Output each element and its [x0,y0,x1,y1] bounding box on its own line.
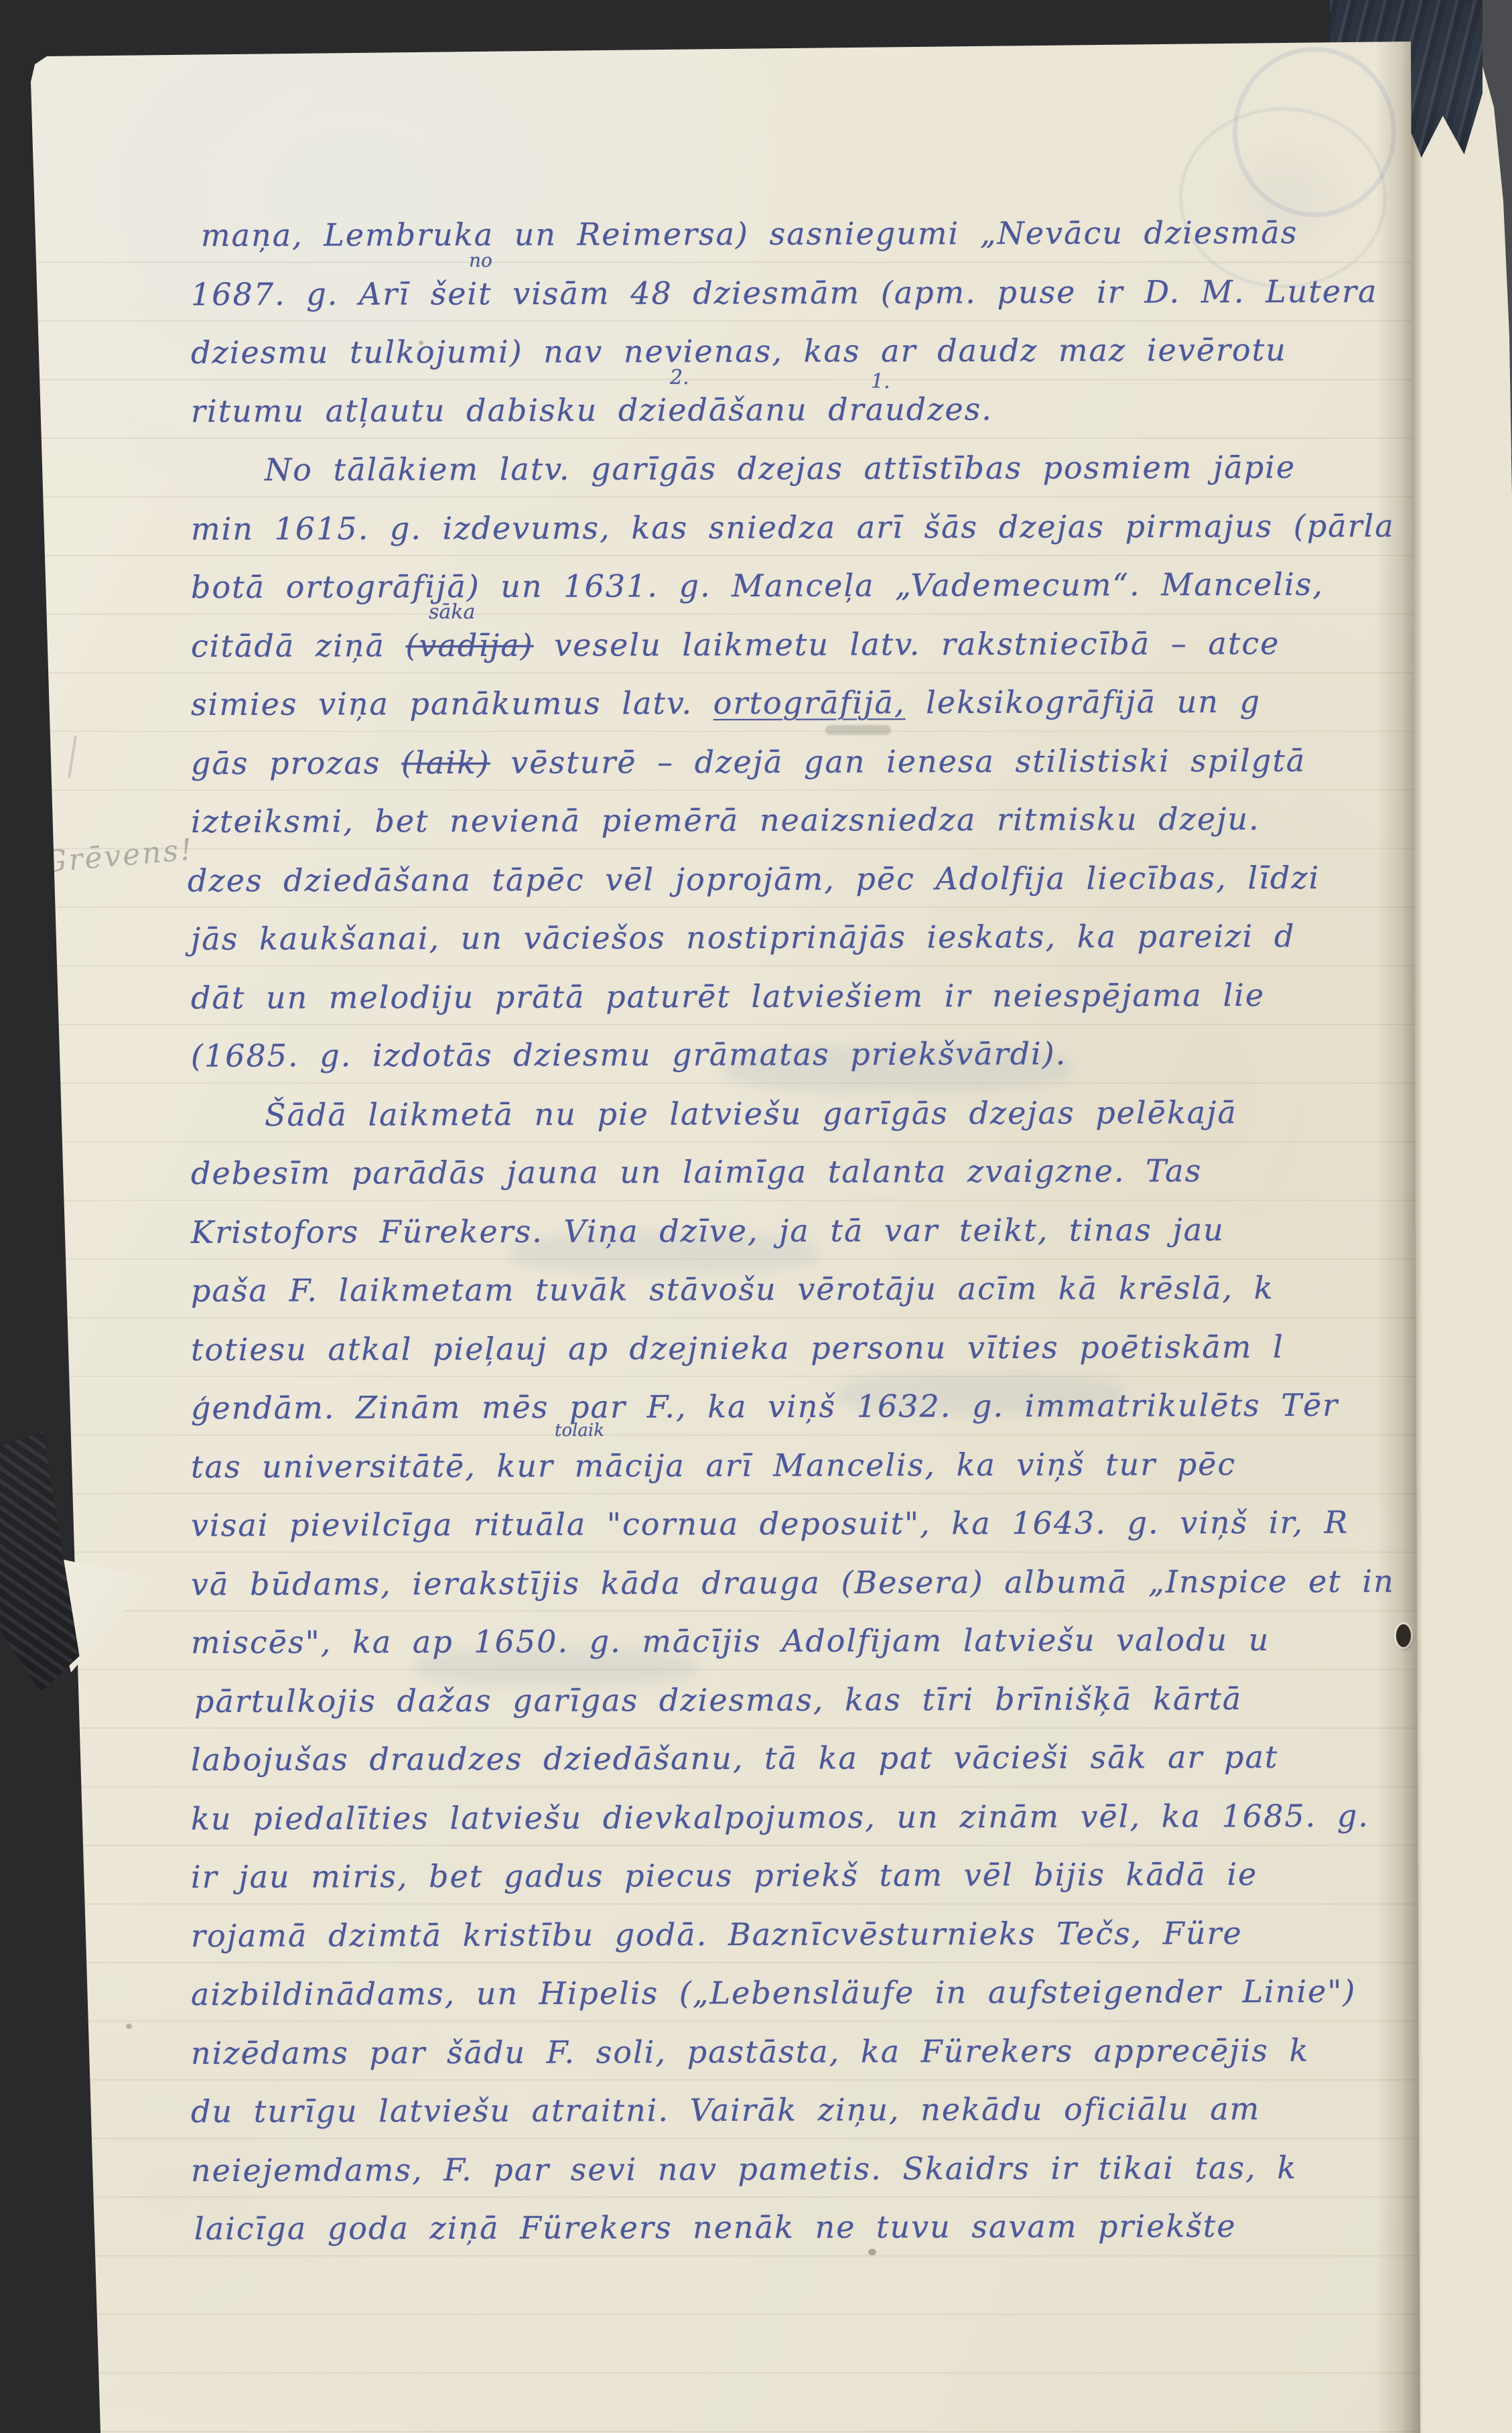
text-line: rojamā dzimtā kristību godā. Baznīcvēstu… [191,1915,1243,1954]
text-line: dzes dziedāšana tāpēc vēl joprojām, pēc … [188,860,1320,899]
text-segment: 1687. g. Arī šeit visām 48 dziesmām (apm… [191,273,1378,313]
text-segment: dziesmu tulkojumi) nav nevienas, kas ar … [191,332,1287,371]
text-segment: paša F. laikmetam tuvāk stāvošu vērotāju… [191,1270,1274,1309]
paper-speck [126,2024,132,2029]
underlined-word: ortogrāfijā, [713,684,906,721]
text-line: Šādā laikmetā nu pie latviešu garīgās dz… [265,1094,1237,1133]
text-line: ritumu atļautu dabisku dziedāšanu draudz… [191,391,993,429]
text-line: (1685. g. izdotās dziesmu grāmatas priek… [191,1035,1067,1073]
text-segment: miscēs", ka ap 1650. g. mācījis Adolfija… [191,1622,1269,1660]
text-line: Kristofors Fürekers. Viņa dzīve, ja tā v… [191,1211,1225,1250]
text-line: miscēs", ka ap 1650. g. mācījis Adolfija… [191,1622,1269,1660]
underlying-page-edge [1405,27,1512,2433]
text-segment: citādā ziņā [191,627,406,664]
text-segment: visai pievilcīga rituāla "cornua deposui… [191,1504,1349,1544]
text-segment: debesīm parādās jauna un laimīga talanta… [191,1153,1202,1191]
interlinear-annotation: no [469,249,492,271]
text-segment: jās kaukšanai, un vāciešos nostiprinājās… [191,918,1296,957]
text-line: 1687. g. Arī šeit visām 48 dziesmām (apm… [191,273,1378,313]
manuscript-page: Grēvens! maņa, Lembruka un Reimersa) sas… [0,0,1420,2433]
faint-stamp-ring [1233,47,1396,217]
text-segment: rojamā dzimtā kristību godā. Baznīcvēstu… [191,1915,1243,1954]
text-segment: du turīgu latviešu atraitni. Vairāk ziņu… [191,2091,1261,2129]
text-segment: veselu laikmetu latv. rakstniecībā – atc… [534,625,1280,663]
paper-speck [868,2249,876,2255]
text-line: min 1615. g. izdevums, kas sniedza arī š… [191,508,1395,547]
interlinear-annotation: sāka [429,600,475,624]
text-line: gās prozas (laik) vēsturē – dzejā gan ie… [191,742,1306,781]
text-line: neiejemdams, F. par sevi nav pametis. Sk… [191,2150,1297,2188]
struck-word: (vadīja) [405,627,533,664]
text-segment: laicīga goda ziņā Fürekers nenāk ne tuvu… [194,2208,1237,2247]
text-line: dāt un melodiju prātā paturēt latviešiem… [191,977,1265,1016]
text-line: totiesu atkal pieļauj ap dzejnieka perso… [191,1329,1284,1368]
text-segment: gās prozas [191,744,401,781]
text-segment: No tālākiem latv. garīgās dzejas attīstī… [265,449,1296,488]
text-segment: botā ortogrāfijā) un 1631. g. Manceļa „V… [191,566,1324,605]
text-segment: simies viņa panākumus latv. [191,685,713,722]
text-line: ir jau miris, bet gadus piecus priekš ta… [191,1856,1257,1895]
faint-stamp-ring [1179,107,1387,288]
text-segment: ģendām. Zinām mēs par F., ka viņš 1632. … [191,1387,1338,1426]
text-segment: vēsturē – dzejā gan ienesa stilistiski s… [490,742,1306,781]
text-line: debesīm parādās jauna un laimīga talanta… [191,1153,1202,1191]
text-segment: labojušas draudzes dziedāšanu, tā ka pat… [191,1739,1279,1778]
interlinear-annotation: tolaik [555,1421,604,1441]
text-line: ku piedalīties latviešu dievkalpojumos, … [191,1798,1369,1837]
text-line: No tālākiem latv. garīgās dzejas attīstī… [265,449,1296,488]
text-segment: izteiksmi, bet nevienā piemērā neaizsnie… [191,801,1260,840]
text-line: tas universitātē, kur mācija arī Manceli… [191,1446,1236,1485]
text-line: ģendām. Zinām mēs par F., ka viņš 1632. … [191,1387,1338,1426]
text-line: labojušas draudzes dziedāšanu, tā ka pat… [191,1739,1279,1778]
paper-hole [1396,1624,1411,1647]
text-line: izteiksmi, bet nevienā piemērā neaizsnie… [191,801,1260,840]
text-line: nizēdams par šādu F. soli, pastāsta, ka … [191,2032,1310,2071]
text-segment: vā būdams, ierakstījis kāda drauga (Bese… [191,1563,1395,1603]
text-segment: dāt un melodiju prātā paturēt latviešiem… [191,977,1265,1016]
text-segment: aizbildinādams, un Hipelis („Lebensläufe… [191,1973,1357,2013]
interlinear-annotation: 2. [670,366,689,389]
text-line: maņa, Lembruka un Reimersa) sasniegumi „… [201,214,1298,253]
text-line: laicīga goda ziņā Fürekers nenāk ne tuvu… [194,2208,1237,2247]
scan-stage: Grēvens! maņa, Lembruka un Reimersa) sas… [0,0,1512,2433]
text-line: citādā ziņā (vadīja) veselu laikmetu lat… [191,625,1280,664]
text-segment: (1685. g. izdotās dziesmu grāmatas priek… [191,1035,1067,1073]
text-line: du turīgu latviešu atraitni. Vairāk ziņu… [191,2091,1261,2129]
text-line: dziesmu tulkojumi) nav nevienas, kas ar … [191,332,1287,371]
text-line: aizbildinādams, un Hipelis („Lebensläufe… [191,1973,1357,2013]
eraser-smudge [825,725,891,735]
text-line: visai pievilcīga rituāla "cornua deposui… [191,1504,1349,1544]
text-segment: pārtulkojis dažas garīgas dziesmas, kas … [194,1681,1242,1719]
text-segment: leksikogrāfijā un g [905,683,1261,720]
text-segment: nizēdams par šādu F. soli, pastāsta, ka … [191,2032,1310,2071]
interlinear-annotation: 1. [871,370,890,393]
text-line: pārtulkojis dažas garīgas dziesmas, kas … [194,1681,1242,1719]
text-segment: maņa, Lembruka un Reimersa) sasniegumi „… [201,214,1298,253]
text-line: paša F. laikmetam tuvāk stāvošu vērotāju… [191,1270,1274,1309]
text-line: vā būdams, ierakstījis kāda drauga (Bese… [191,1563,1395,1603]
text-segment: ritumu atļautu dabisku dziedāšanu draudz… [191,391,993,429]
text-segment: neiejemdams, F. par sevi nav pametis. Sk… [191,2150,1297,2188]
text-line: botā ortogrāfijā) un 1631. g. Manceļa „V… [191,566,1324,605]
text-segment: ir jau miris, bet gadus piecus priekš ta… [191,1856,1257,1895]
text-segment: dzes dziedāšana tāpēc vēl joprojām, pēc … [188,860,1320,899]
text-segment: totiesu atkal pieļauj ap dzejnieka perso… [191,1329,1284,1368]
text-segment: tas universitātē, kur mācija arī Manceli… [191,1446,1236,1485]
text-segment: ku piedalīties latviešu dievkalpojumos, … [191,1798,1369,1837]
pencil-margin-note: Grēvens! [42,832,195,879]
struck-word: (laik) [401,744,490,781]
text-segment: Šādā laikmetā nu pie latviešu garīgās dz… [265,1094,1237,1133]
text-segment: min 1615. g. izdevums, kas sniedza arī š… [191,508,1395,547]
text-line: jās kaukšanai, un vāciešos nostiprinājās… [191,918,1296,957]
text-line: simies viņa panākumus latv. ortogrāfijā,… [191,683,1261,722]
pencil-margin-stroke [68,736,77,779]
text-segment: Kristofors Fürekers. Viņa dzīve, ja tā v… [191,1211,1225,1250]
